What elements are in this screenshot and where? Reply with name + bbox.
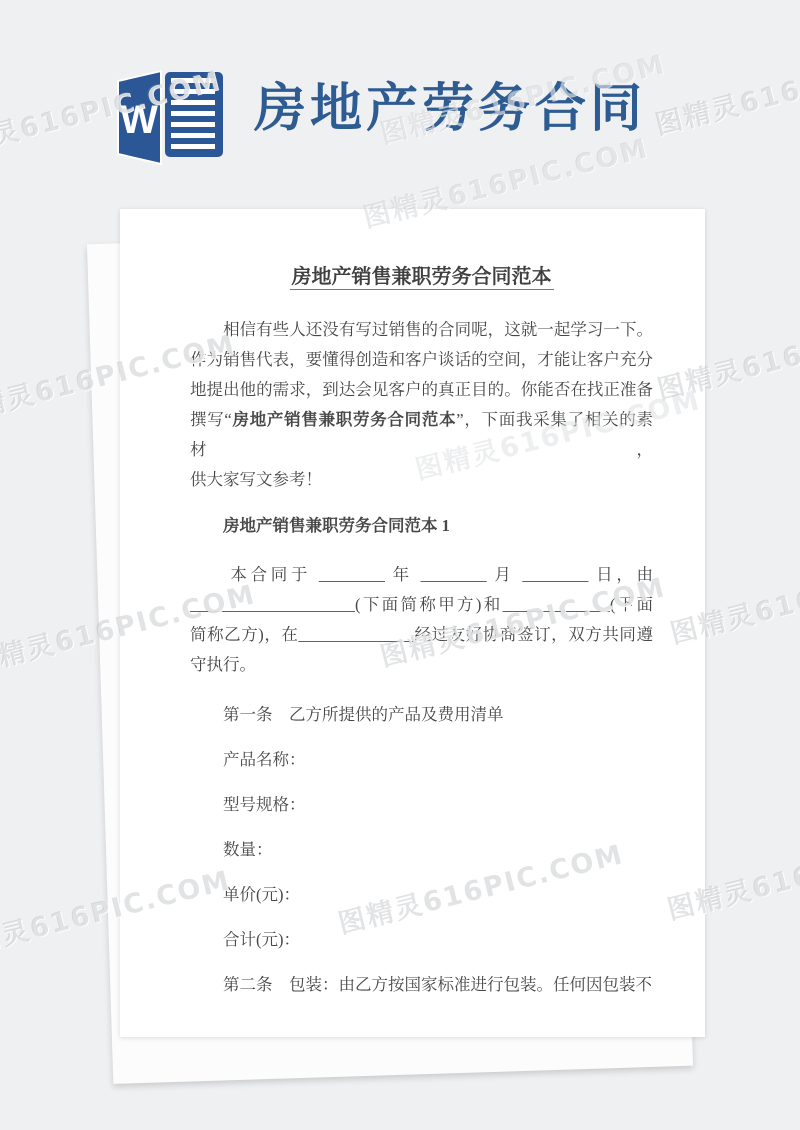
document-title: 房地产销售兼职劳务合同范本 — [190, 261, 653, 293]
word-logo-graphic: W — [111, 64, 226, 169]
word-icon: W — [111, 64, 226, 174]
agreement-line: 守执行。 — [190, 650, 653, 680]
intro-line: 供大家写文参考！ — [190, 465, 653, 495]
field-model-spec: 型号规格： — [190, 790, 653, 820]
quoted-doc-name: 房地产销售兼职劳务合同范本 — [232, 410, 457, 429]
page-title: 房地产劳务合同 — [254, 82, 646, 138]
clause-two: 第二条 包装：由乙方按国家标准进行包装。任何因包装不 — [190, 970, 653, 1000]
clause-one: 第一条 乙方所提供的产品及费用清单 — [190, 700, 653, 730]
section-heading: 房地产销售兼职劳务合同范本 1 — [190, 511, 653, 541]
agreement-line: 本合同于 ________ 年 ________ 月 ________ 日，由 — [190, 560, 653, 590]
agreement-line: ____________________(下面简称甲方)和___________… — [190, 590, 653, 620]
agreement-line: 简称乙方)，在______________经过友好协商签订，双方共同遵 — [190, 620, 653, 650]
field-product-name: 产品名称： — [190, 745, 653, 775]
intro-line: 相信有些人还没有写过销售的合同呢，这就一起学习一下。 — [190, 315, 653, 345]
intro-line: 作为销售代表，要懂得创造和客户谈话的空间，才能让客户充分 — [190, 345, 653, 375]
watermark-text: 图精灵616PIC.COM — [651, 33, 800, 142]
word-icon-letter: W — [120, 98, 158, 142]
intro-line: 地提出他的需求，到达会见客户的真正目的。你能否在找正准备 — [190, 375, 653, 405]
agreement-paragraph: 本合同于 ________ 年 ________ 月 ________ 日，由 … — [190, 560, 653, 680]
intro-line: 撰写“房地产销售兼职劳务合同范本”，下面我采集了相关的素材， — [190, 405, 653, 465]
page: W 房地产劳务合同 房地产销售兼职劳务合同范本 相信有些人还没有写过销售的合同呢… — [0, 0, 800, 1130]
field-total: 合计(元)： — [190, 925, 653, 955]
field-quantity: 数量： — [190, 835, 653, 865]
field-unit-price: 单价(元)： — [190, 880, 653, 910]
paper-main: 房地产销售兼职劳务合同范本 相信有些人还没有写过销售的合同呢，这就一起学习一下。… — [120, 209, 705, 1037]
intro-paragraph: 相信有些人还没有写过销售的合同呢，这就一起学习一下。 作为销售代表，要懂得创造和… — [190, 315, 653, 495]
document-body: 房地产销售兼职劳务合同范本 相信有些人还没有写过销售的合同呢，这就一起学习一下。… — [120, 209, 705, 1000]
